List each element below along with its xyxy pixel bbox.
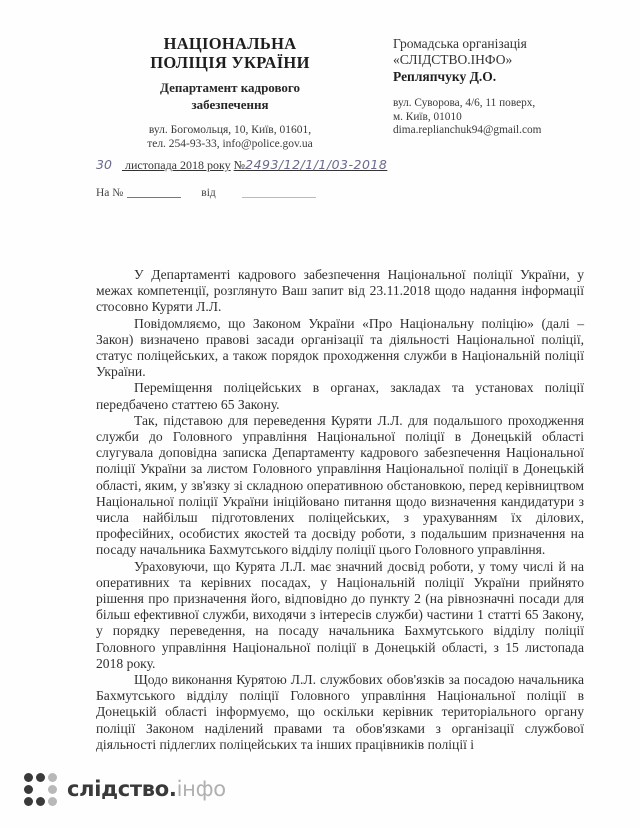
slidstvo-info-watermark: слідство.інфо xyxy=(24,771,226,807)
logo-wordmark: слідство.інфо xyxy=(67,777,226,801)
logo-brand-light: інфо xyxy=(177,777,226,801)
recipient-line2: «СЛІДСТВО.ІНФО» xyxy=(393,52,623,68)
recipient-block: Громадська організація «СЛІДСТВО.ІНФО» Р… xyxy=(393,36,623,138)
registration-day: 30 xyxy=(96,157,122,172)
reference-number-label: На № xyxy=(96,187,123,199)
sender-org-line1: НАЦІОНАЛЬНА xyxy=(100,34,360,53)
recipient-line1: Громадська організація xyxy=(393,36,623,52)
sender-department-line1: Департамент кадрового xyxy=(100,79,360,96)
logo-dots-icon xyxy=(24,773,57,806)
body-paragraph: Так, підставою для переведення Куряти Л.… xyxy=(96,413,584,559)
sender-address-line1: вул. Богомольця, 10, Київ, 01601, xyxy=(100,123,360,137)
sender-org-line2: ПОЛІЦІЯ УКРАЇНИ xyxy=(100,53,360,72)
body-paragraph: Щодо виконання Курятою Л.Л. службових об… xyxy=(96,672,584,753)
sender-letterhead: НАЦІОНАЛЬНА ПОЛІЦІЯ УКРАЇНИ Департамент … xyxy=(100,34,360,151)
reference-from-label: від xyxy=(201,187,215,199)
document-page: НАЦІОНАЛЬНА ПОЛІЦІЯ УКРАЇНИ Департамент … xyxy=(0,0,640,828)
logo-brand-bold: слідство. xyxy=(67,777,177,801)
recipient-email: dima.replianchuk94@gmail.com xyxy=(393,124,623,138)
reference-number-blank xyxy=(127,197,181,198)
letter-body: У Департаменті кадрового забезпечення На… xyxy=(96,267,584,753)
registration-number: 2493/12/1/1/03-2018 xyxy=(245,157,387,172)
registration-month-year: листопада 2018 року xyxy=(125,158,231,172)
registration-number-label: № xyxy=(234,158,245,172)
recipient-address-line1: вул. Суворова, 4/6, 11 поверх, xyxy=(393,97,623,111)
body-paragraph: Повідомляємо, що Законом України «Про На… xyxy=(96,316,584,381)
sender-department-line2: забезпечення xyxy=(100,96,360,113)
body-paragraph: У Департаменті кадрового забезпечення На… xyxy=(96,267,584,316)
recipient-name: Репляпчуку Д.О. xyxy=(393,68,623,85)
reference-date-blank xyxy=(242,197,316,198)
body-paragraph: Ураховуючи, що Курята Л.Л. має значний д… xyxy=(96,559,584,672)
sender-address-line2: тел. 254-93-33, info@police.gov.ua xyxy=(100,137,360,151)
recipient-address-line2: м. Київ, 01010 xyxy=(393,111,623,125)
body-paragraph: Переміщення поліцейських в органах, закл… xyxy=(96,380,584,412)
registration-line: 30 листопада 2018 року №2493/12/1/1/03-2… xyxy=(96,157,387,173)
reference-line: На №від xyxy=(96,187,316,199)
